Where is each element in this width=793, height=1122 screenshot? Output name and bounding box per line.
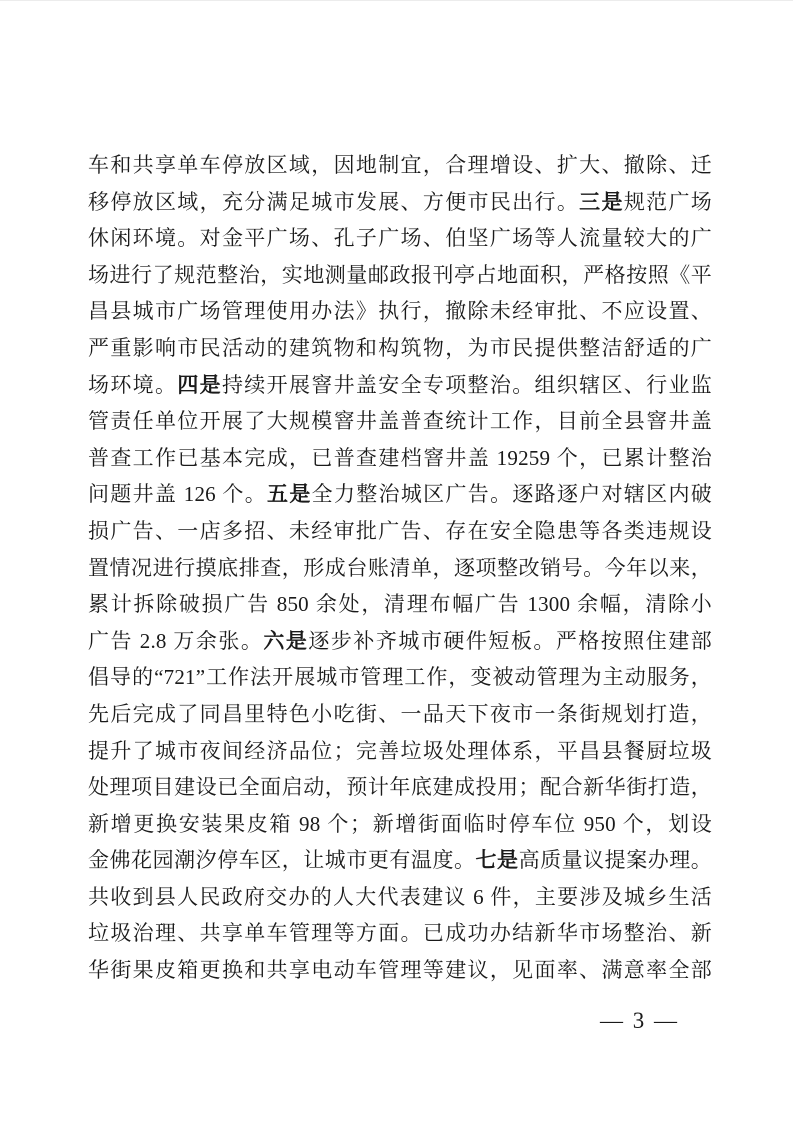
body-text-segment: 休闲环境。对金平广场、孔子广场、伯坚广场等人流量较大的广 bbox=[88, 226, 712, 250]
body-text-segment: 昌县城市广场管理使用办法》执行，撤除未经审批、不应设置、 bbox=[88, 299, 712, 323]
document-line: 严重影响市民活动的建筑物和构筑物，为市民提供整洁舒适的广 bbox=[88, 330, 712, 367]
body-text-segment: 新增更换安装果皮箱 98 个；新增街面临时停车位 950 个，划设 bbox=[88, 812, 712, 836]
document-line: 车和共享单车停放区域，因地制宜，合理增设、扩大、撤除、迁 bbox=[88, 147, 712, 184]
page-number: — 3 — bbox=[600, 1007, 679, 1035]
body-text-segment: 规范广场 bbox=[624, 190, 712, 214]
body-text-segment: 严重影响市民活动的建筑物和构筑物，为市民提供整洁舒适的广 bbox=[88, 336, 712, 360]
document-line: 先后完成了同昌里特色小吃街、一品天下夜市一条街规划打造， bbox=[88, 696, 712, 733]
document-body: 车和共享单车停放区域，因地制宜，合理增设、扩大、撤除、迁移停放区域，充分满足城市… bbox=[88, 147, 712, 989]
bold-marker-text: 五是 bbox=[267, 483, 312, 506]
document-line: 场环境。四是持续开展窨井盖安全专项整治。组织辖区、行业监 bbox=[88, 367, 712, 404]
document-line: 垃圾治理、共享单车管理等方面。已成功办结新华市场整治、新 bbox=[88, 915, 712, 952]
document-line: 提升了城市夜间经济品位；完善垃圾处理体系，平昌县餐厨垃圾 bbox=[88, 733, 712, 770]
body-text-segment: 金佛花园潮汐停车区，让城市更有温度。 bbox=[88, 848, 476, 872]
document-line: 倡导的“721”工作法开展城市管理工作，变被动管理为主动服务， bbox=[88, 659, 712, 696]
body-text-segment: 广告 2.8 万余张。 bbox=[88, 629, 263, 653]
body-text-segment: 先后完成了同昌里特色小吃街、一品天下夜市一条街规划打造， bbox=[88, 702, 712, 726]
document-line: 金佛花园潮汐停车区，让城市更有温度。七是高质量议提案办理。 bbox=[88, 842, 712, 879]
body-text-segment: 问题井盖 126 个。 bbox=[88, 482, 267, 506]
bold-marker-text: 四是 bbox=[177, 374, 222, 397]
body-text-segment: 垃圾治理、共享单车管理等方面。已成功办结新华市场整治、新 bbox=[88, 921, 712, 945]
bold-marker-text: 三是 bbox=[579, 191, 624, 214]
body-text-segment: 提升了城市夜间经济品位；完善垃圾处理体系，平昌县餐厨垃圾 bbox=[88, 739, 712, 763]
document-line: 场进行了规范整治，实地测量邮政报刊亭占地面积，严格按照《平 bbox=[88, 257, 712, 294]
bold-marker-text: 七是 bbox=[476, 849, 519, 872]
body-text-segment: 全力整治城区广告。逐路逐户对辖区内破 bbox=[312, 482, 712, 506]
document-line: 问题井盖 126 个。五是全力整治城区广告。逐路逐户对辖区内破 bbox=[88, 476, 712, 513]
body-text-segment: 持续开展窨井盖安全专项整治。组织辖区、行业监 bbox=[222, 373, 712, 397]
document-line: 移停放区域，充分满足城市发展、方便市民出行。三是规范广场 bbox=[88, 184, 712, 221]
document-line: 累计拆除破损广告 850 余处，清理布幅广告 1300 余幅，清除小 bbox=[88, 586, 712, 623]
document-page: 车和共享单车停放区域，因地制宜，合理增设、扩大、撤除、迁移停放区域，充分满足城市… bbox=[0, 1, 793, 1122]
body-text-segment: 置情况进行摸底排查，形成台账清单，逐项整改销号。今年以来， bbox=[88, 556, 712, 580]
body-text-segment: 倡导的“721”工作法开展城市管理工作，变被动管理为主动服务， bbox=[88, 665, 712, 689]
document-line: 普查工作已基本完成，已普查建档窨井盖 19259 个，已累计整治 bbox=[88, 440, 712, 477]
body-text-segment: 普查工作已基本完成，已普查建档窨井盖 19259 个，已累计整治 bbox=[88, 446, 712, 470]
body-text-segment: 华街果皮箱更换和共享电动车管理等建议，见面率、满意率全部 bbox=[88, 958, 712, 982]
document-line: 昌县城市广场管理使用办法》执行，撤除未经审批、不应设置、 bbox=[88, 293, 712, 330]
body-text-segment: 损广告、一店多招、未经审批广告、存在安全隐患等各类违规设 bbox=[88, 519, 712, 543]
body-text-segment: 处理项目建设已全面启动，预计年底建成投用；配合新华街打造， bbox=[88, 775, 712, 799]
document-line: 损广告、一店多招、未经审批广告、存在安全隐患等各类违规设 bbox=[88, 513, 712, 550]
body-text-segment: 场进行了规范整治，实地测量邮政报刊亭占地面积，严格按照《平 bbox=[88, 263, 712, 287]
document-line: 管责任单位开展了大规模窨井盖普查统计工作，目前全县窨井盖 bbox=[88, 403, 712, 440]
body-text-segment: 高质量议提案办理。 bbox=[519, 848, 712, 872]
document-line: 华街果皮箱更换和共享电动车管理等建议，见面率、满意率全部 bbox=[88, 952, 712, 989]
document-line: 共收到县人民政府交办的人大代表建议 6 件，主要涉及城乡生活 bbox=[88, 879, 712, 916]
document-line: 处理项目建设已全面启动，预计年底建成投用；配合新华街打造， bbox=[88, 769, 712, 806]
body-text-segment: 车和共享单车停放区域，因地制宜，合理增设、扩大、撤除、迁 bbox=[88, 153, 712, 177]
body-text-segment: 共收到县人民政府交办的人大代表建议 6 件，主要涉及城乡生活 bbox=[88, 885, 712, 909]
body-text-segment: 移停放区域，充分满足城市发展、方便市民出行。 bbox=[88, 190, 579, 214]
document-line: 置情况进行摸底排查，形成台账清单，逐项整改销号。今年以来， bbox=[88, 550, 712, 587]
document-line: 新增更换安装果皮箱 98 个；新增街面临时停车位 950 个，划设 bbox=[88, 806, 712, 843]
body-text-segment: 管责任单位开展了大规模窨井盖普查统计工作，目前全县窨井盖 bbox=[88, 409, 712, 433]
bold-marker-text: 六是 bbox=[263, 630, 308, 653]
body-text-segment: 累计拆除破损广告 850 余处，清理布幅广告 1300 余幅，清除小 bbox=[88, 592, 712, 616]
body-text-segment: 场环境。 bbox=[88, 373, 177, 397]
document-line: 休闲环境。对金平广场、孔子广场、伯坚广场等人流量较大的广 bbox=[88, 220, 712, 257]
document-line: 广告 2.8 万余张。六是逐步补齐城市硬件短板。严格按照住建部 bbox=[88, 623, 712, 660]
body-text-segment: 逐步补齐城市硬件短板。严格按照住建部 bbox=[308, 629, 712, 653]
